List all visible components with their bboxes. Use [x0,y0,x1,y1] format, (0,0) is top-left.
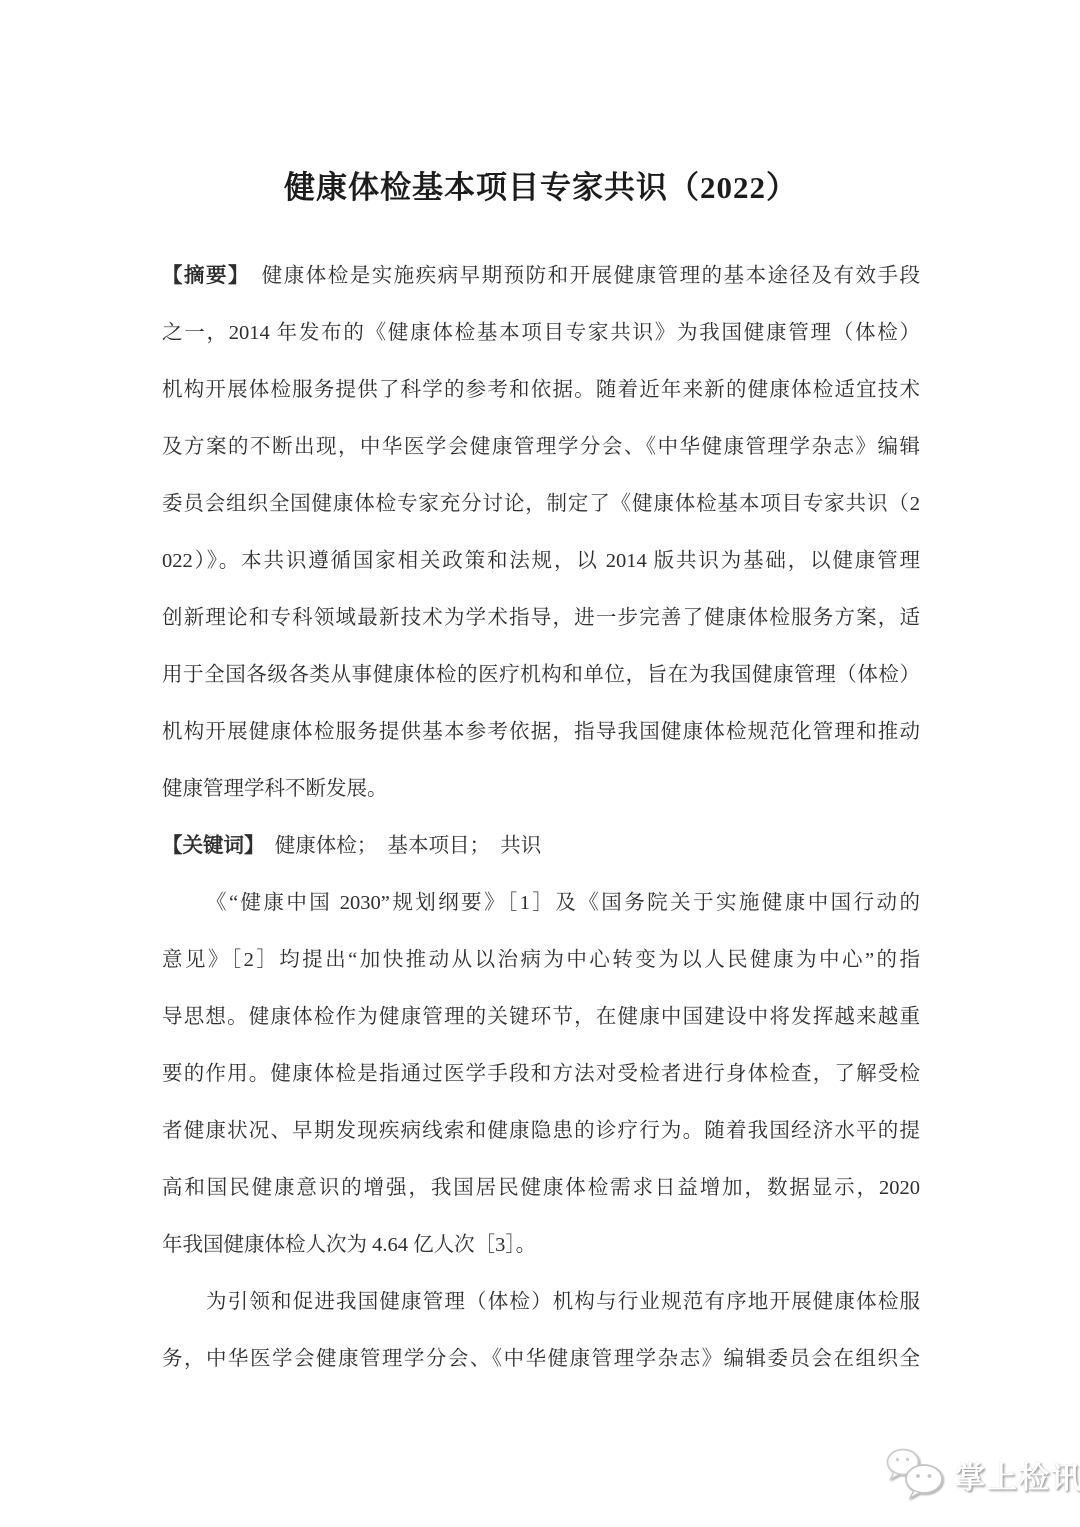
text-line: 用于全国各级各类从事健康体检的医疗机构和单位，旨在为我国健康管理（体检） [162,647,920,704]
section-label: 【关键词】 [162,835,254,857]
text-line: 及方案的不断出现，中华医学会健康管理学分会、《中华健康管理学杂志》编辑 [162,419,920,476]
document-page: 健康体检基本项目专家共识（2022） 【摘要】 健康体检是实施疾病早期预防和开展… [0,0,1080,1527]
text-line: 导思想。健康体检作为健康管理的关键环节，在健康中国建设中将发挥越来越重 [162,989,920,1046]
text-line: 意见》［2］均提出“加快推动从以治病为中心转变为以人民健康为中心”的指 [162,932,920,989]
text-line: 创新理论和专科领域最新技术为学术指导，进一步完善了健康体检服务方案，适 [162,590,920,647]
document-body: 【摘要】 健康体检是实施疾病早期预防和开展健康管理的基本途径及有效手段之一，20… [162,248,920,1388]
text-line: 【关键词】 健康体检； 基本项目； 共识 [162,818,920,875]
watermark-label: 掌上检讯 [955,1453,1080,1497]
text-line: 022）》。本共识遵循国家相关政策和法规，以 2014 版共识为基础，以健康管理 [162,533,920,590]
text-line: 【摘要】 健康体检是实施疾病早期预防和开展健康管理的基本途径及有效手段 [162,248,920,305]
text-line: 为引领和促进我国健康管理（体检）机构与行业规范有序地开展健康体检服 [162,1274,920,1331]
text-line: 《“健康中国 2030”规划纲要》［1］及《国务院关于实施健康中国行动的 [162,875,920,932]
text-line: 年我国健康体检人次为 4.64 亿人次［3］。 [162,1217,920,1274]
text-line: 之一，2014 年发布的《健康体检基本项目专家共识》为我国健康管理（体检） [162,305,920,362]
text-line: 要的作用。健康体检是指通过医学手段和方法对受检者进行身体检查，了解受检 [162,1046,920,1103]
text-line: 者健康状况、早期发现疾病线索和健康隐患的诊疗行为。随着我国经济水平的提 [162,1103,920,1160]
wechat-bubbles-icon [883,1446,949,1504]
text-line: 高和国民健康意识的增强，我国居民健康体检需求日益增加，数据显示，2020 [162,1160,920,1217]
text-line: 机构开展健康体检服务提供基本参考依据，指导我国健康体检规范化管理和推动 [162,704,920,761]
text-line: 机构开展体检服务提供了科学的参考和依据。随着近年来新的健康体检适宜技术 [162,362,920,419]
text-line: 健康管理学科不断发展。 [162,761,920,818]
section-label: 【摘要】 [162,265,240,287]
text-line: 委员会组织全国健康体检专家充分讨论，制定了《健康体检基本项目专家共识（2 [162,476,920,533]
text-line: 务，中华医学会健康管理学分会、《中华健康管理学杂志》编辑委员会在组织全 [162,1331,920,1388]
watermark: 掌上检讯 [883,1446,1080,1504]
page-title: 健康体检基本项目专家共识（2022） [162,160,920,216]
